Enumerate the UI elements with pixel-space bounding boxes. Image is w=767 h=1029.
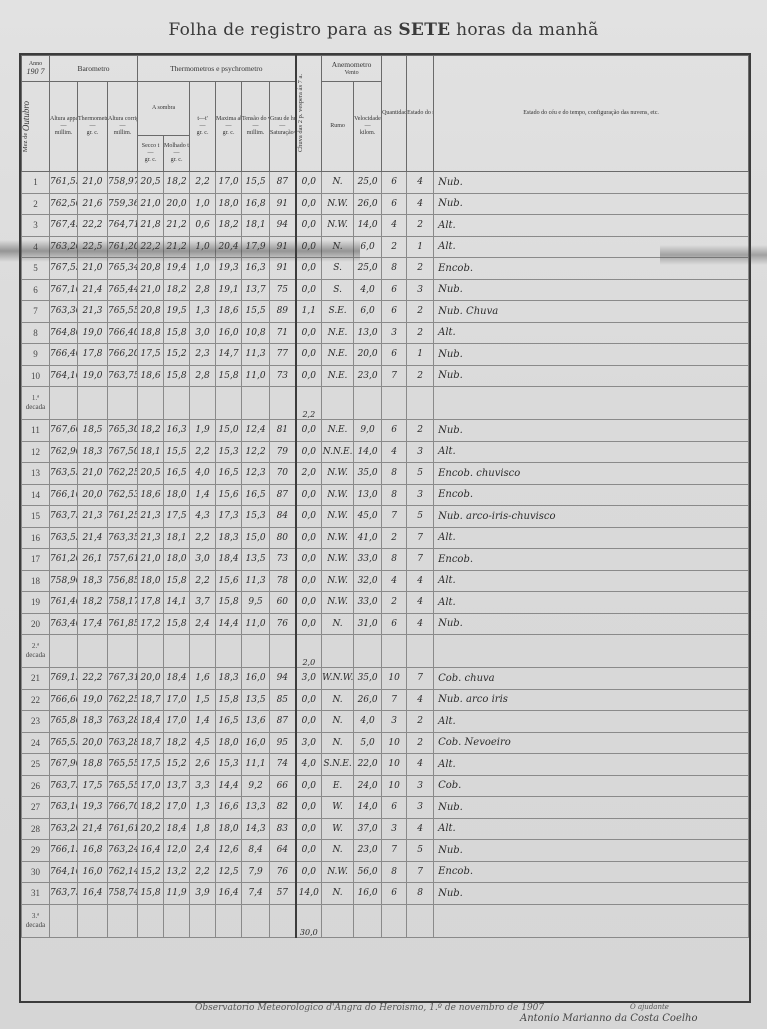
table-row: 2762,5021,6759,3621,020,01,018,016,8910,… xyxy=(22,193,749,215)
cloud-cover: 7 xyxy=(382,506,407,528)
year-cell: Anno190 7 xyxy=(22,56,50,82)
rain: 0,0 xyxy=(296,797,322,819)
pressure-apparent: 763,30 xyxy=(50,301,78,323)
temp-max: 18,0 xyxy=(216,732,242,754)
vapor-tension: 11,1 xyxy=(242,754,270,776)
pressure-apparent: 767,55 xyxy=(50,258,78,280)
cloud-cover: 8 xyxy=(382,861,407,883)
pressure-apparent: 767,60 xyxy=(50,420,78,442)
vapor-tension: 10,8 xyxy=(242,322,270,344)
empty-cell xyxy=(190,635,216,668)
pressure-apparent: 767,10 xyxy=(50,279,78,301)
decade-label: 1.ª decada xyxy=(22,387,50,420)
thermo-attached: 21,6 xyxy=(78,193,108,215)
wind-velocity: 41,0 xyxy=(354,527,382,549)
thermo-attached: 19,0 xyxy=(78,689,108,711)
rain: 0,0 xyxy=(296,689,322,711)
temp-diff: 2,4 xyxy=(190,613,216,635)
sky-description: Alt. xyxy=(434,527,749,549)
pressure-apparent: 766,10 xyxy=(50,484,78,506)
day-number: 5 xyxy=(22,258,50,280)
pressure-corrected: 767,31 xyxy=(108,668,138,690)
humidity: 85 xyxy=(270,689,296,711)
rain: 0,0 xyxy=(296,215,322,237)
altura-corrigida-header: Altura corrigida—millim. xyxy=(108,82,138,172)
temp-max: 18,0 xyxy=(216,193,242,215)
pressure-corrected: 763,75 xyxy=(108,365,138,387)
sea-state: 1 xyxy=(407,344,434,366)
temp-dry: 18,1 xyxy=(138,441,164,463)
rain: 0,0 xyxy=(296,258,322,280)
temp-max: 16,4 xyxy=(216,883,242,905)
pressure-apparent: 762,50 xyxy=(50,193,78,215)
sea-state: 4 xyxy=(407,592,434,614)
temp-dry: 16,4 xyxy=(138,840,164,862)
humidity: 73 xyxy=(270,549,296,571)
day-number: 9 xyxy=(22,344,50,366)
humidity: 91 xyxy=(270,236,296,258)
rain: 0,0 xyxy=(296,420,322,442)
temp-dry: 20,2 xyxy=(138,818,164,840)
table-row: 28763,2021,4761,6120,218,41,818,014,3830… xyxy=(22,818,749,840)
clouds-header: Quantidade de nuvens 0 a 10 xyxy=(382,56,407,172)
temp-diff: 3,3 xyxy=(190,775,216,797)
pressure-apparent: 763,53 xyxy=(50,527,78,549)
rain-header: Chuva das 2 p. vespera ás 7 a. xyxy=(296,56,322,172)
footer-role: O ajudante xyxy=(630,1003,669,1011)
temp-max: 16,5 xyxy=(216,463,242,485)
table-row: 3767,4522,2764,7121,821,20,618,218,1940,… xyxy=(22,215,749,237)
temp-diff: 2,2 xyxy=(190,527,216,549)
wind-direction: N. xyxy=(322,613,354,635)
table-row: 24765,5520,0763,2818,718,24,518,016,0953… xyxy=(22,732,749,754)
table-row: 18758,9018,3756,8518,015,82,215,611,3780… xyxy=(22,570,749,592)
pressure-corrected: 765,55 xyxy=(108,775,138,797)
temp-dry: 22,2 xyxy=(138,236,164,258)
empty-cell xyxy=(138,904,164,937)
empty-cell xyxy=(50,904,78,937)
sky-description: Nub. xyxy=(434,797,749,819)
vapor-tension: 12,4 xyxy=(242,420,270,442)
cloud-cover: 4 xyxy=(382,215,407,237)
temp-wet: 18,4 xyxy=(164,818,190,840)
humidity: 87 xyxy=(270,484,296,506)
temp-diff: 4,0 xyxy=(190,463,216,485)
day-number: 21 xyxy=(22,668,50,690)
sky-description: Nub. xyxy=(434,344,749,366)
humidity: 71 xyxy=(270,322,296,344)
vapor-tension: 7,4 xyxy=(242,883,270,905)
cloud-cover: 6 xyxy=(382,420,407,442)
pressure-corrected: 766,20 xyxy=(108,344,138,366)
temp-max: 15,6 xyxy=(216,570,242,592)
table-row: 7763,3021,3765,5520,819,51,318,615,5891,… xyxy=(22,301,749,323)
empty-cell xyxy=(322,904,354,937)
rain: 0,0 xyxy=(296,441,322,463)
vapor-tension: 13,6 xyxy=(242,711,270,733)
humidity: 57 xyxy=(270,883,296,905)
rain: 1,1 xyxy=(296,301,322,323)
wind-direction: N.W. xyxy=(322,506,354,528)
wind-direction: N.W. xyxy=(322,215,354,237)
temp-wet: 18,0 xyxy=(164,484,190,506)
vapor-tension: 13,5 xyxy=(242,549,270,571)
decade-summary-row: 2.ª decada2,0 xyxy=(22,635,749,668)
vapor-tension: 11,3 xyxy=(242,344,270,366)
rain: 14,0 xyxy=(296,883,322,905)
temp-dry: 21,0 xyxy=(138,279,164,301)
wind-direction: N.W. xyxy=(322,861,354,883)
sea-state: 2 xyxy=(407,732,434,754)
pressure-corrected: 763,28 xyxy=(108,732,138,754)
sky-description: Nub. xyxy=(434,420,749,442)
decade-rain-total: 2,2 xyxy=(296,387,322,420)
empty-cell xyxy=(78,387,108,420)
sea-state: 2 xyxy=(407,301,434,323)
empty-cell xyxy=(270,904,296,937)
sea-state: 7 xyxy=(407,668,434,690)
humidade-header: Grau de humidade—Saturação=100 xyxy=(270,82,296,172)
cloud-cover: 2 xyxy=(382,592,407,614)
empty-cell xyxy=(50,387,78,420)
empty-cell xyxy=(108,387,138,420)
humidity: 74 xyxy=(270,754,296,776)
wind-direction: N. xyxy=(322,840,354,862)
empty-cell xyxy=(322,635,354,668)
pressure-corrected: 759,36 xyxy=(108,193,138,215)
rain: 0,0 xyxy=(296,570,322,592)
day-number: 31 xyxy=(22,883,50,905)
wind-direction: N.W. xyxy=(322,592,354,614)
rain: 0,0 xyxy=(296,775,322,797)
sky-description: Alt. xyxy=(434,570,749,592)
empty-cell xyxy=(354,904,382,937)
day-number: 12 xyxy=(22,441,50,463)
day-number: 2 xyxy=(22,193,50,215)
wind-velocity: 22,0 xyxy=(354,754,382,776)
wind-direction: W. xyxy=(322,818,354,840)
temp-wet: 15,8 xyxy=(164,613,190,635)
humidity: 77 xyxy=(270,344,296,366)
pressure-apparent: 765,80 xyxy=(50,711,78,733)
cloud-cover: 8 xyxy=(382,484,407,506)
temp-max: 19,1 xyxy=(216,279,242,301)
humidity: 89 xyxy=(270,301,296,323)
vapor-tension: 15,3 xyxy=(242,506,270,528)
pressure-corrected: 762,53 xyxy=(108,484,138,506)
pressure-apparent: 764,80 xyxy=(50,322,78,344)
wind-velocity: 33,0 xyxy=(354,592,382,614)
temp-diff: 2,2 xyxy=(190,441,216,463)
temp-dry: 21,3 xyxy=(138,527,164,549)
decade-label: 2.ª decada xyxy=(22,635,50,668)
wind-velocity: 20,0 xyxy=(354,344,382,366)
sea-state: 4 xyxy=(407,613,434,635)
wind-velocity: 37,0 xyxy=(354,818,382,840)
thermo-attached: 17,4 xyxy=(78,613,108,635)
temp-diff: 2,4 xyxy=(190,840,216,862)
sky-description: Nub. xyxy=(434,172,749,194)
day-number: 18 xyxy=(22,570,50,592)
empty-cell xyxy=(382,387,407,420)
vapor-tension: 12,3 xyxy=(242,463,270,485)
sky-description: Cob. Nevoeiro xyxy=(434,732,749,754)
wind-direction: N.W. xyxy=(322,484,354,506)
wind-velocity: 14,0 xyxy=(354,441,382,463)
vapor-tension: 16,8 xyxy=(242,193,270,215)
temp-max: 18,2 xyxy=(216,215,242,237)
thermo-attached: 26,1 xyxy=(78,549,108,571)
wind-velocity: 13,0 xyxy=(354,322,382,344)
temp-max: 14,7 xyxy=(216,344,242,366)
wind-direction: N. xyxy=(322,711,354,733)
anemometer-header: AnemometroVento xyxy=(322,56,382,82)
secco-header: Secco t—gr. c. xyxy=(138,136,164,172)
rain: 0,0 xyxy=(296,840,322,862)
vapor-tension: 15,5 xyxy=(242,172,270,194)
cloud-cover: 6 xyxy=(382,172,407,194)
sea-state: 3 xyxy=(407,775,434,797)
temp-wet: 20,0 xyxy=(164,193,190,215)
day-number: 20 xyxy=(22,613,50,635)
thermo-attached: 20,0 xyxy=(78,484,108,506)
day-number: 30 xyxy=(22,861,50,883)
day-number: 3 xyxy=(22,215,50,237)
wind-direction: N.E. xyxy=(322,322,354,344)
sea-state: 5 xyxy=(407,463,434,485)
temp-diff: 4,5 xyxy=(190,732,216,754)
footer-place-date: Observatorio Meteorologico d'Angra do He… xyxy=(195,1003,544,1013)
temp-diff: 4,3 xyxy=(190,506,216,528)
wind-direction: S.N.E. xyxy=(322,754,354,776)
thermo-attached: 21,3 xyxy=(78,301,108,323)
cloud-cover: 2 xyxy=(382,236,407,258)
empty-cell xyxy=(138,635,164,668)
wind-direction: S. xyxy=(322,258,354,280)
day-number: 4 xyxy=(22,236,50,258)
sea-state: 4 xyxy=(407,818,434,840)
temp-wet: 19,4 xyxy=(164,258,190,280)
pressure-corrected: 762,25 xyxy=(108,463,138,485)
thermo-attached: 20,0 xyxy=(78,732,108,754)
empty-cell xyxy=(354,635,382,668)
day-number: 25 xyxy=(22,754,50,776)
pressure-corrected: 765,55 xyxy=(108,754,138,776)
wind-direction: E. xyxy=(322,775,354,797)
decade-label: 3.ª decada xyxy=(22,904,50,937)
temp-max: 14,4 xyxy=(216,613,242,635)
rain: 0,0 xyxy=(296,711,322,733)
pressure-corrected: 765,34 xyxy=(108,258,138,280)
thermo-attached: 18,3 xyxy=(78,570,108,592)
humidity: 91 xyxy=(270,193,296,215)
pressure-apparent: 765,55 xyxy=(50,732,78,754)
vapor-tension: 16,0 xyxy=(242,732,270,754)
cloud-cover: 10 xyxy=(382,775,407,797)
temp-dry: 18,6 xyxy=(138,365,164,387)
thermo-attached: 21,3 xyxy=(78,506,108,528)
humidity: 91 xyxy=(270,258,296,280)
temp-diff: 1,0 xyxy=(190,236,216,258)
pressure-apparent: 758,90 xyxy=(50,570,78,592)
day-number: 10 xyxy=(22,365,50,387)
empty-cell xyxy=(164,387,190,420)
temp-wet: 15,5 xyxy=(164,441,190,463)
temp-wet: 15,2 xyxy=(164,754,190,776)
table-row: 1761,5521,0758,9720,518,22,217,015,5870,… xyxy=(22,172,749,194)
temp-diff: 3,7 xyxy=(190,592,216,614)
pressure-apparent: 763,40 xyxy=(50,613,78,635)
wind-direction: N.E. xyxy=(322,365,354,387)
temp-max: 15,8 xyxy=(216,689,242,711)
vapor-tension: 12,2 xyxy=(242,441,270,463)
thermo-attached: 21,4 xyxy=(78,818,108,840)
empty-cell xyxy=(108,635,138,668)
cloud-cover: 3 xyxy=(382,322,407,344)
empty-cell xyxy=(354,387,382,420)
rain: 0,0 xyxy=(296,193,322,215)
sky-description: Alt. xyxy=(434,754,749,776)
table-row: 16763,5321,4763,3521,318,12,218,315,0800… xyxy=(22,527,749,549)
empty-cell xyxy=(242,904,270,937)
wind-direction: N.W. xyxy=(322,549,354,571)
temp-wet: 15,8 xyxy=(164,365,190,387)
table-row: 10764,1019,0763,7518,615,82,815,811,0730… xyxy=(22,365,749,387)
pressure-corrected: 761,85 xyxy=(108,613,138,635)
velocidade-header: Velocidade horaria—kilom. xyxy=(354,82,382,172)
wind-velocity: 5,0 xyxy=(354,732,382,754)
humidity: 60 xyxy=(270,592,296,614)
temp-wet: 18,1 xyxy=(164,527,190,549)
temp-dry: 18,7 xyxy=(138,689,164,711)
temp-dry: 17,5 xyxy=(138,754,164,776)
vapor-tension: 15,0 xyxy=(242,527,270,549)
barometer-header: Barometro xyxy=(50,56,138,82)
day-number: 27 xyxy=(22,797,50,819)
sea-state: 4 xyxy=(407,193,434,215)
humidity: 78 xyxy=(270,570,296,592)
thermo-attached: 17,5 xyxy=(78,775,108,797)
temp-wet: 17,5 xyxy=(164,506,190,528)
thermo-attached: 21,4 xyxy=(78,527,108,549)
wind-velocity: 14,0 xyxy=(354,215,382,237)
empty-cell xyxy=(407,904,434,937)
pressure-apparent: 761,20 xyxy=(50,549,78,571)
temp-dry: 18,6 xyxy=(138,484,164,506)
sea-state: 7 xyxy=(407,549,434,571)
t-diff-header: t—t'—gr. c. xyxy=(190,82,216,172)
thermometro-adjunto-header: Thermometro adjunto—gr. c. xyxy=(78,82,108,172)
day-number: 13 xyxy=(22,463,50,485)
day-number: 15 xyxy=(22,506,50,528)
temp-max: 16,5 xyxy=(216,711,242,733)
thermo-attached: 18,8 xyxy=(78,754,108,776)
thermo-attached: 18,5 xyxy=(78,420,108,442)
rain: 3,0 xyxy=(296,732,322,754)
sky-description: Encob. chuvisco xyxy=(434,463,749,485)
temp-diff: 1,0 xyxy=(190,193,216,215)
wind-velocity: 13,0 xyxy=(354,484,382,506)
tensao-header: Tensão do vapor atmospherico—millim. xyxy=(242,82,270,172)
temp-dry: 20,8 xyxy=(138,301,164,323)
thermometer-header: Thermometros e psychrometro xyxy=(138,56,296,82)
cloud-cover: 7 xyxy=(382,689,407,711)
pressure-corrected: 766,70 xyxy=(108,797,138,819)
wind-velocity: 23,0 xyxy=(354,840,382,862)
pressure-apparent: 762,90 xyxy=(50,441,78,463)
wind-direction: N.W. xyxy=(322,193,354,215)
table-row: 31763,7516,4758,7415,811,93,916,47,45714… xyxy=(22,883,749,905)
day-number: 17 xyxy=(22,549,50,571)
decade-rain-total: 2,0 xyxy=(296,635,322,668)
temp-max: 15,8 xyxy=(216,365,242,387)
table-row: 29766,1516,8763,2416,412,02,412,68,4640,… xyxy=(22,840,749,862)
day-number: 22 xyxy=(22,689,50,711)
temp-max: 12,5 xyxy=(216,861,242,883)
temp-max: 15,3 xyxy=(216,754,242,776)
sea-state: 2 xyxy=(407,365,434,387)
pressure-corrected: 757,61 xyxy=(108,549,138,571)
sky-description: Nub. arco-iris-chuvisco xyxy=(434,506,749,528)
vapor-tension: 13,7 xyxy=(242,279,270,301)
cloud-cover: 6 xyxy=(382,279,407,301)
empty-cell xyxy=(190,387,216,420)
sky-description: Encob. xyxy=(434,258,749,280)
pressure-corrected: 766,40 xyxy=(108,322,138,344)
wind-direction: W.N.W. xyxy=(322,668,354,690)
temp-wet: 16,3 xyxy=(164,420,190,442)
temp-diff: 3,9 xyxy=(190,883,216,905)
cloud-cover: 10 xyxy=(382,754,407,776)
humidity: 95 xyxy=(270,732,296,754)
pressure-corrected: 763,35 xyxy=(108,527,138,549)
vapor-tension: 13,3 xyxy=(242,797,270,819)
rain: 0,0 xyxy=(296,861,322,883)
day-number: 24 xyxy=(22,732,50,754)
cloud-cover: 6 xyxy=(382,301,407,323)
table-row: 9766,4017,8766,2017,515,22,314,711,3770,… xyxy=(22,344,749,366)
sea-state: 2 xyxy=(407,258,434,280)
humidity: 64 xyxy=(270,840,296,862)
decade-summary-row: 3.ª decada30,0 xyxy=(22,904,749,937)
empty-cell xyxy=(434,904,749,937)
pressure-corrected: 758,17 xyxy=(108,592,138,614)
temp-max: 14,4 xyxy=(216,775,242,797)
temp-wet: 15,8 xyxy=(164,322,190,344)
vapor-tension: 9,5 xyxy=(242,592,270,614)
temp-wet: 18,2 xyxy=(164,279,190,301)
thermo-attached: 19,3 xyxy=(78,797,108,819)
pressure-corrected: 765,44 xyxy=(108,279,138,301)
temp-diff: 1,4 xyxy=(190,711,216,733)
sky-description: Alt. xyxy=(434,592,749,614)
table-row: 17761,2026,1757,6121,018,03,018,413,5730… xyxy=(22,549,749,571)
wind-velocity: 31,0 xyxy=(354,613,382,635)
cloud-cover: 10 xyxy=(382,668,407,690)
sea-state: 8 xyxy=(407,883,434,905)
pressure-apparent: 766,40 xyxy=(50,344,78,366)
thermo-attached: 21,0 xyxy=(78,463,108,485)
temp-diff: 1,8 xyxy=(190,818,216,840)
temp-max: 16,0 xyxy=(216,322,242,344)
pressure-corrected: 765,55 xyxy=(108,301,138,323)
sea-state: 2 xyxy=(407,711,434,733)
thermo-attached: 21,0 xyxy=(78,172,108,194)
pressure-corrected: 758,97 xyxy=(108,172,138,194)
cloud-cover: 2 xyxy=(382,527,407,549)
pressure-apparent: 764,10 xyxy=(50,365,78,387)
temp-wet: 18,4 xyxy=(164,668,190,690)
